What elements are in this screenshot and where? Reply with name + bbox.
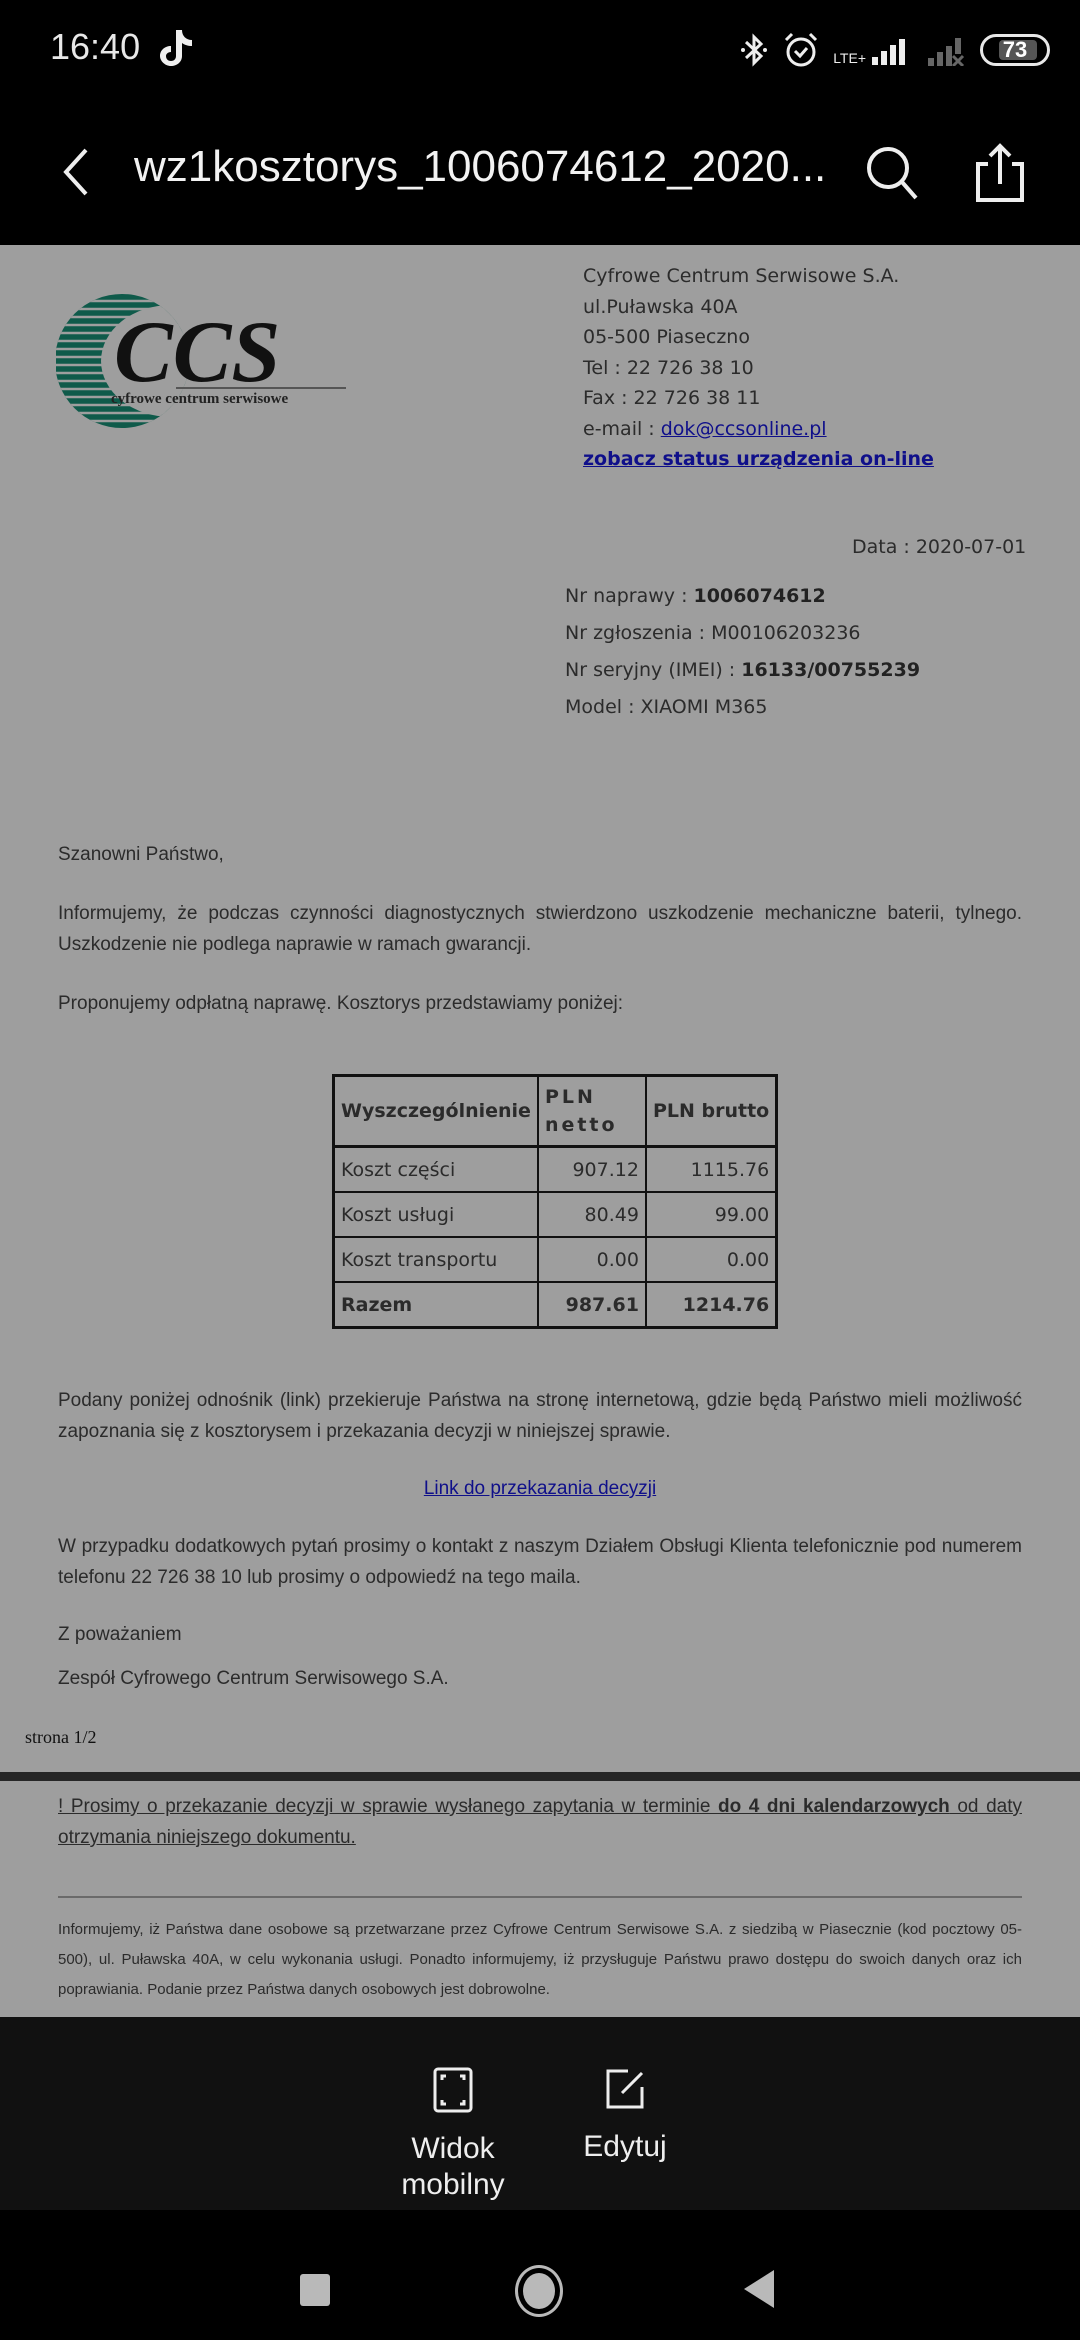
- mobile-view-button[interactable]: Widok mobilny: [363, 2067, 543, 2203]
- share-icon[interactable]: [970, 140, 1030, 204]
- company-city: 05-500 Piaseczno: [583, 322, 934, 353]
- document-date: Data : 2020-07-01: [852, 536, 1026, 558]
- lte-signal-icon: LTE+: [833, 35, 912, 65]
- page-separator: [0, 1772, 1080, 1781]
- search-icon[interactable]: [862, 142, 922, 202]
- diagnosis-paragraph: Informujemy, że podczas czynności diagno…: [58, 898, 1022, 960]
- table-header-row: Wyszczególnienie PLN netto PLN brutto: [334, 1076, 777, 1147]
- status-icons: LTE+ 73: [739, 30, 1050, 70]
- email-label: e-mail :: [583, 418, 661, 440]
- svg-text:CCS: CCS: [114, 304, 280, 401]
- company-street: ul.Puławska 40A: [583, 292, 934, 323]
- request-number: Nr zgłoszenia : M00106203236: [565, 622, 861, 644]
- decision-link[interactable]: Link do przekazania decyzji: [424, 1478, 656, 1499]
- clock: 16:40: [50, 26, 140, 68]
- header-item: Wyszczególnienie: [334, 1076, 538, 1147]
- bluetooth-icon: [739, 32, 769, 68]
- device-status-link[interactable]: zobacz status urządzenia on-line: [583, 448, 934, 470]
- status-bar: 16:40 LTE+ 73: [0, 0, 1080, 100]
- bottom-action-bar: Widok mobilny Edytuj: [0, 2017, 1080, 2210]
- repair-number: Nr naprawy : 1006074612: [565, 585, 826, 607]
- page-indicator: strona 1/2: [25, 1727, 97, 1748]
- gdpr-notice: Informujemy, iż Państwa dane osobowe są …: [58, 1915, 1022, 2005]
- signature: Zespół Cyfrowego Centrum Serwisowego S.A…: [58, 1663, 1022, 1694]
- serial-number: Nr seryjny (IMEI) : 16133/00755239: [565, 659, 920, 681]
- company-name: Cyfrowe Centrum Serwisowe S.A.: [583, 261, 934, 292]
- home-icon[interactable]: [515, 2265, 563, 2317]
- email-link[interactable]: dok@ccsonline.pl: [661, 418, 827, 440]
- header-brutto: PLN brutto: [646, 1076, 777, 1147]
- company-address: Cyfrowe Centrum Serwisowe S.A. ul.Puławs…: [583, 261, 934, 475]
- battery-icon: 73: [980, 34, 1050, 66]
- edit-icon: [604, 2067, 646, 2111]
- alarm-icon: [783, 31, 819, 69]
- link-info-paragraph: Podany poniżej odnośnik (link) przekieru…: [58, 1385, 1022, 1447]
- recent-apps-icon[interactable]: [300, 2274, 330, 2306]
- cost-estimate-table: Wyszczególnienie PLN netto PLN brutto Ko…: [332, 1074, 778, 1329]
- document-title: wz1kosztorys_1006074612_2020...: [134, 142, 834, 192]
- header-netto: PLN netto: [538, 1076, 646, 1147]
- ccs-logo: CCS cyfrowe centrum serwisowe: [56, 293, 356, 429]
- app-bar: wz1kosztorys_1006074612_2020...: [0, 100, 1080, 245]
- table-row: Koszt usługi 80.49 99.00: [334, 1192, 777, 1237]
- table-total-row: Razem 987.61 1214.76: [334, 1282, 777, 1328]
- greeting: Szanowni Państwo,: [58, 839, 1022, 870]
- proposal-paragraph: Proponujemy odpłatną naprawę. Kosztorys …: [58, 988, 1022, 1019]
- table-row: Koszt części 907.12 1115.76: [334, 1147, 777, 1193]
- contact-paragraph: W przypadku dodatkowych pytań prosimy o …: [58, 1531, 1022, 1593]
- svg-text:cyfrowe centrum serwisowe: cyfrowe centrum serwisowe: [111, 391, 289, 407]
- document-viewer[interactable]: CCS cyfrowe centrum serwisowe Cyfrowe Ce…: [0, 245, 1080, 2017]
- company-tel: Tel : 22 726 38 10: [583, 353, 934, 384]
- closing: Z poważaniem: [58, 1619, 1022, 1650]
- table-row: Koszt transportu 0.00 0.00: [334, 1237, 777, 1282]
- divider: [58, 1896, 1022, 1898]
- signal-no-service-icon: [926, 34, 966, 66]
- tiktok-icon: [158, 28, 194, 68]
- edit-button[interactable]: Edytuj: [535, 2067, 715, 2165]
- chevron-left-icon[interactable]: [56, 142, 106, 202]
- mobile-view-icon: [433, 2067, 473, 2113]
- device-model: Model : XIAOMI M365: [565, 696, 767, 718]
- back-icon[interactable]: [744, 2270, 774, 2308]
- company-fax: Fax : 22 726 38 11: [583, 383, 934, 414]
- system-nav-bar: [0, 2210, 1080, 2340]
- deadline-notice: ! Prosimy o przekazanie decyzji w sprawi…: [58, 1791, 1022, 1853]
